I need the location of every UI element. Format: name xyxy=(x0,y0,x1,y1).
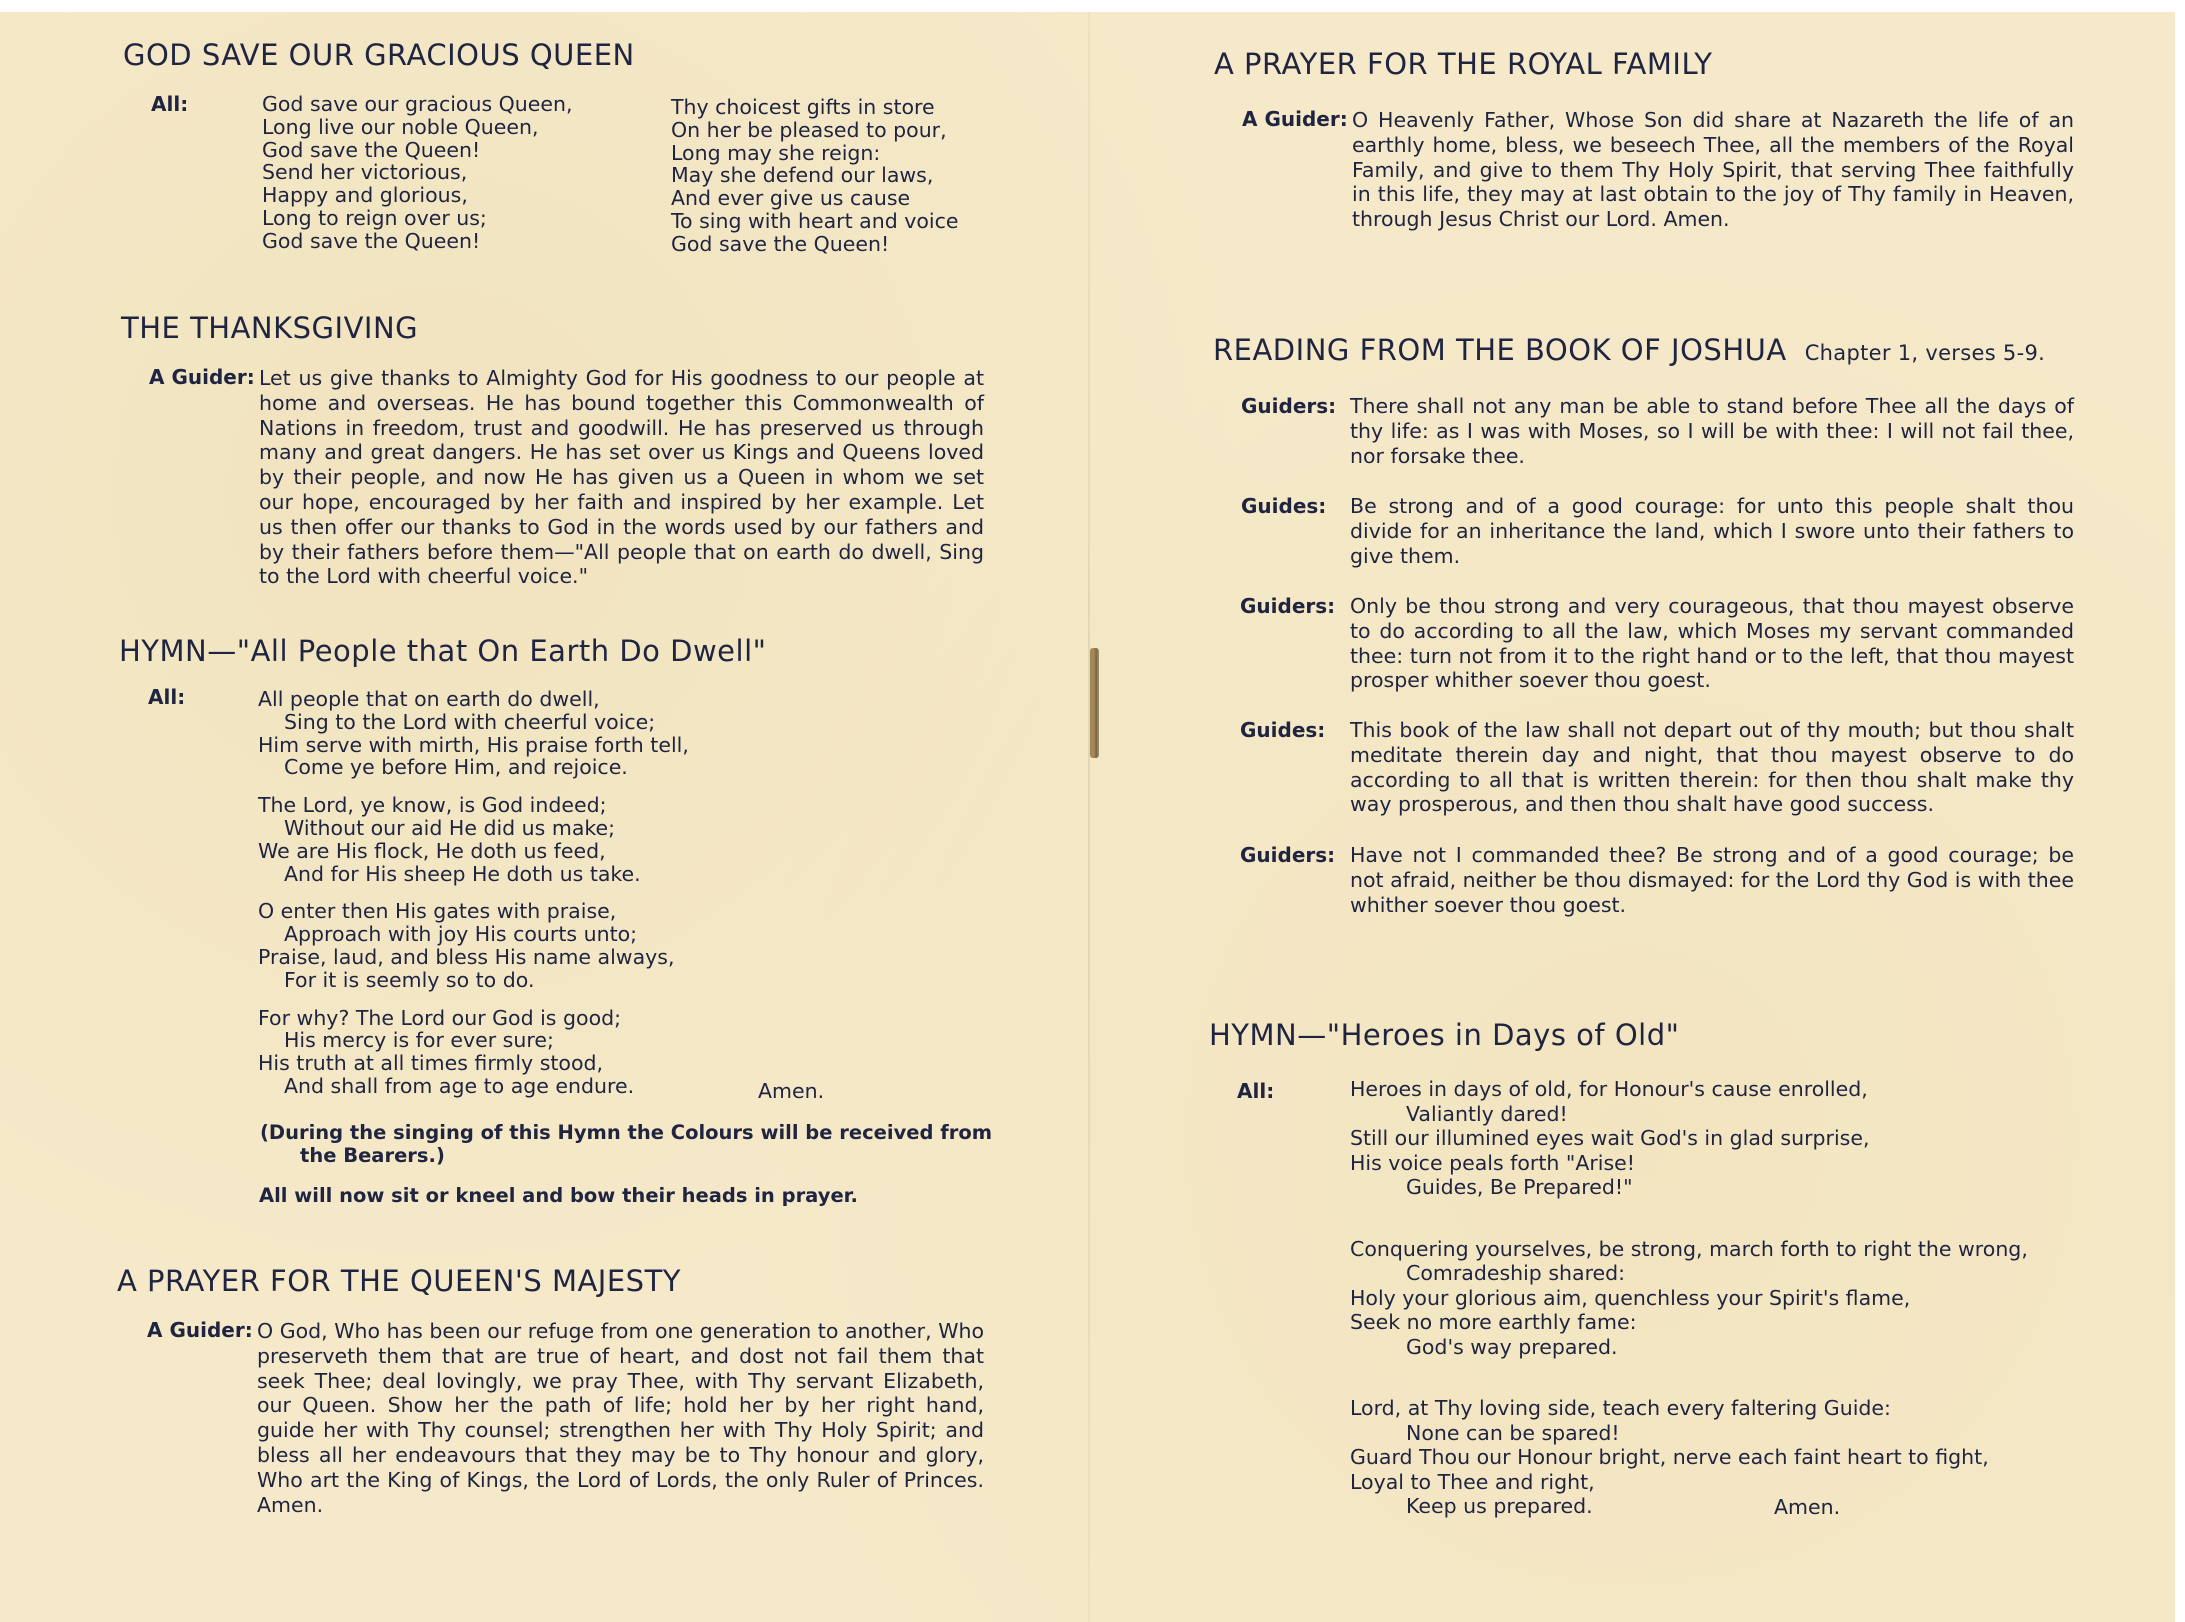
prayer-queen-text: O God, Who has been our refuge from one … xyxy=(257,1319,984,1517)
speaker-label: A Guider: xyxy=(1242,107,1348,131)
verse-line: Comradeship shared: xyxy=(1350,1261,2028,1286)
center-fold xyxy=(1088,12,1090,1622)
verse-line: The Lord, ye know, is God indeed; xyxy=(258,794,689,817)
verse-line: Sing to the Lord with cheerful voice; xyxy=(258,711,689,734)
hymn-1-amen: Amen. xyxy=(758,1079,824,1103)
verse-line: Seek no more earthly fame: xyxy=(1350,1310,2028,1335)
section-title-prayer-queen: A PRAYER FOR THE QUEEN'S MAJESTY xyxy=(117,1264,681,1298)
verse-line: Long may she reign: xyxy=(671,142,959,165)
section-title-hymn-heroes: HYMN—"Heroes in Days of Old" xyxy=(1209,1018,1679,1052)
hymn-stanza: Heroes in days of old, for Honour's caus… xyxy=(1350,1077,2028,1200)
verse-line: Long to reign over us; xyxy=(262,207,573,230)
verse-line: Lord, at Thy loving side, teach every fa… xyxy=(1350,1396,2028,1421)
reading-passage: Have not I commanded thee? Be strong and… xyxy=(1350,843,2074,917)
note-line: (During the singing of this Hymn the Col… xyxy=(260,1121,1000,1144)
section-title-hymn-all-people: HYMN—"All People that On Earth Do Dwell" xyxy=(119,634,766,668)
reading-passage: This book of the law shall not depart ou… xyxy=(1350,718,2074,817)
verse-line: His voice peals forth "Arise! xyxy=(1350,1151,2028,1176)
hymn-1-verses: All people that on earth do dwell, Sing … xyxy=(258,688,689,1113)
speaker-label: Guiders: xyxy=(1240,594,1335,618)
speaker-label: A Guider: xyxy=(149,365,255,389)
hymn-stanza: Conquering yourselves, be strong, march … xyxy=(1350,1237,2028,1360)
verse-line: His truth at all times firmly stood, xyxy=(258,1052,689,1075)
anthem-verse-2: Thy choicest gifts in store On her be pl… xyxy=(671,96,959,256)
verse-line: God save our gracious Queen, xyxy=(262,93,573,116)
verse-line: Conquering yourselves, be strong, march … xyxy=(1350,1237,2028,1262)
verse-line: Keep us prepared. xyxy=(1350,1494,2028,1519)
verse-line: For why? The Lord our God is good; xyxy=(258,1007,689,1030)
speaker-label: All: xyxy=(148,685,185,709)
verse-line: Without our aid He did us make; xyxy=(258,817,689,840)
verse-line: O enter then His gates with praise, xyxy=(258,900,689,923)
reading-title: READING FROM THE BOOK OF JOSHUA xyxy=(1213,333,1787,367)
speaker-label: A Guider: xyxy=(147,1318,253,1342)
verse-line: Still our illumined eyes wait God's in g… xyxy=(1350,1126,2028,1151)
verse-line: And for His sheep He doth us take. xyxy=(258,863,689,886)
hymn-stanza: For why? The Lord our God is good; His m… xyxy=(258,1007,689,1098)
section-title-reading-joshua: READING FROM THE BOOK OF JOSHUAChapter 1… xyxy=(1213,333,2045,367)
speaker-label: Guides: xyxy=(1241,494,1326,518)
speaker-label: All: xyxy=(1237,1079,1274,1103)
verse-line: God's way prepared. xyxy=(1350,1335,2028,1360)
verse-line: Happy and glorious, xyxy=(262,184,573,207)
speaker-label: Guiders: xyxy=(1241,394,1336,418)
colours-note: (During the singing of this Hymn the Col… xyxy=(260,1121,1000,1167)
verse-line: Thy choicest gifts in store xyxy=(671,96,959,119)
hymn-stanza: O enter then His gates with praise, Appr… xyxy=(258,900,689,991)
hymn-stanza: All people that on earth do dwell, Sing … xyxy=(258,688,689,779)
verse-line: For it is seemly so to do. xyxy=(258,969,689,992)
verse-line: We are His flock, He doth us feed, xyxy=(258,840,689,863)
reading-passage: Only be thou strong and very courageous,… xyxy=(1350,594,2074,693)
verse-line: Approach with joy His courts unto; xyxy=(258,923,689,946)
reading-reference: Chapter 1, verses 5-9. xyxy=(1805,341,2045,365)
verse-line: To sing with heart and voice xyxy=(671,210,959,233)
section-title-thanksgiving: THE THANKSGIVING xyxy=(121,311,418,345)
verse-line: Holy your glorious aim, quenchless your … xyxy=(1350,1286,2028,1311)
reading-passage: There shall not any man be able to stand… xyxy=(1350,394,2074,468)
verse-line: May she defend our laws, xyxy=(671,164,959,187)
verse-line: Guard Thou our Honour bright, nerve each… xyxy=(1350,1445,2028,1470)
prayer-royal-family-text: O Heavenly Father, Whose Son did share a… xyxy=(1352,108,2074,232)
verse-line: Him serve with mirth, His praise forth t… xyxy=(258,734,689,757)
verse-line: His mercy is for ever sure; xyxy=(258,1029,689,1052)
section-title-prayer-royal-family: A PRAYER FOR THE ROYAL FAMILY xyxy=(1214,47,1712,81)
verse-line: None can be spared! xyxy=(1350,1421,2028,1446)
verse-line: Guides, Be Prepared!" xyxy=(1350,1175,2028,1200)
speaker-label: Guides: xyxy=(1240,718,1325,742)
verse-line: On her be pleased to pour, xyxy=(671,119,959,142)
hymn-2-verses: Heroes in days of old, for Honour's caus… xyxy=(1350,1077,2028,1519)
anthem-verse-1: God save our gracious Queen, Long live o… xyxy=(262,93,573,253)
section-title-national-anthem: GOD SAVE OUR GRACIOUS QUEEN xyxy=(123,38,635,72)
thanksgiving-text: Let us give thanks to Almighty God for H… xyxy=(259,366,984,589)
verse-line: And shall from age to age endure. xyxy=(258,1075,689,1098)
reading-passage: Be strong and of a good courage: for unt… xyxy=(1350,494,2074,568)
verse-line: Praise, laud, and bless His name always, xyxy=(258,946,689,969)
verse-line: God save the Queen! xyxy=(262,230,573,253)
speaker-label: Guiders: xyxy=(1240,843,1335,867)
verse-line: Long live our noble Queen, xyxy=(262,116,573,139)
hymn-2-amen: Amen. xyxy=(1774,1495,1840,1519)
verse-line: Loyal to Thee and right, xyxy=(1350,1470,2028,1495)
verse-line: God save the Queen! xyxy=(671,233,959,256)
verse-line: Come ye before Him, and rejoice. xyxy=(258,756,689,779)
verse-line: God save the Queen! xyxy=(262,139,573,162)
verse-line: Heroes in days of old, for Honour's caus… xyxy=(1350,1077,2028,1102)
verse-line: Send her victorious, xyxy=(262,161,573,184)
hymn-stanza: The Lord, ye know, is God indeed; Withou… xyxy=(258,794,689,885)
verse-line: All people that on earth do dwell, xyxy=(258,688,689,711)
staple xyxy=(1090,648,1099,758)
prayer-instruction: All will now sit or kneel and bow their … xyxy=(259,1184,858,1207)
note-line: the Bearers.) xyxy=(260,1144,1000,1167)
hymn-stanza: Lord, at Thy loving side, teach every fa… xyxy=(1350,1396,2028,1519)
speaker-label: All: xyxy=(151,92,188,116)
verse-line: Valiantly dared! xyxy=(1350,1102,2028,1127)
verse-line: And ever give us cause xyxy=(671,187,959,210)
